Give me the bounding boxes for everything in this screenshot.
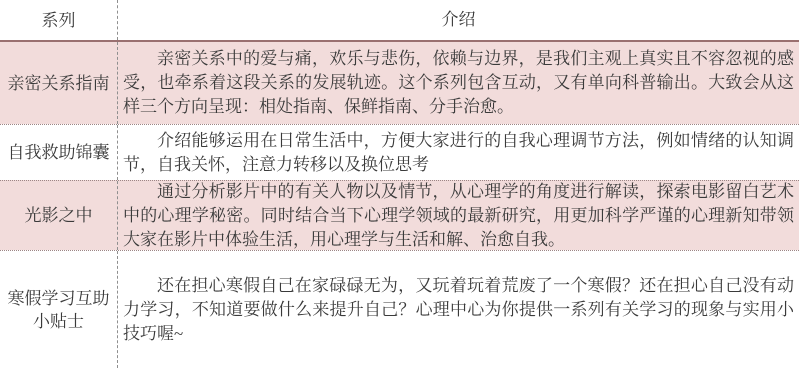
table-row-self-help-kit: 自我救助锦囊 介绍能够运用在日常生活中，方便大家进行的自我心理调节方法，例如情绪… <box>0 124 799 180</box>
intro-cell: 介绍能够运用在日常生活中，方便大家进行的自我心理调节方法，例如情绪的认知调节，自… <box>118 125 799 180</box>
intro-cell: 还在担心寒假自己在家碌碌无为，又玩着玩着荒废了一个寒假？还在担心自己没有动力学习… <box>118 251 799 368</box>
series-name: 光影之中 <box>25 204 93 227</box>
table-row-in-light-and-shadow: 光影之中 通过分析影片中的有关人物以及情节，从心理学的角度进行解读，探索电影留白… <box>0 180 799 250</box>
intro-text: 通过分析影片中的有关人物以及情节，从心理学的角度进行解读，探索电影留白艺术中的心… <box>123 180 794 252</box>
series-cell: 自我救助锦囊 <box>0 125 118 180</box>
table-row-intimate-relations-guide: 亲密关系指南 亲密关系中的爱与痛，欢乐与悲伤，依赖与边界，是我们主观上真实且不容… <box>0 42 799 124</box>
header-intro-label: 介绍 <box>123 8 794 32</box>
table-row-winter-study-tips: 寒假学习互助小贴士 还在担心寒假自己在家碌碌无为，又玩着玩着荒废了一个寒假？还在… <box>0 250 799 368</box>
intro-text: 介绍能够运用在日常生活中，方便大家进行的自我心理调节方法，例如情绪的认知调节，自… <box>123 129 794 177</box>
header-cell-intro: 介绍 <box>118 0 799 40</box>
header-cell-series: 系列 <box>0 0 118 40</box>
series-cell: 光影之中 <box>0 181 118 250</box>
series-name: 亲密关系指南 <box>8 72 110 95</box>
series-name: 寒假学习互助小贴士 <box>4 287 113 333</box>
intro-cell: 亲密关系中的爱与痛，欢乐与悲伤，依赖与边界，是我们主观上真实且不容忽视的感受，也… <box>118 42 799 124</box>
intro-cell: 通过分析影片中的有关人物以及情节，从心理学的角度进行解读，探索电影留白艺术中的心… <box>118 181 799 250</box>
series-introduction-table: 系列 介绍 亲密关系指南 亲密关系中的爱与痛，欢乐与悲伤，依赖与边界，是我们主观… <box>0 0 799 368</box>
intro-text: 亲密关系中的爱与痛，欢乐与悲伤，依赖与边界，是我们主观上真实且不容忽视的感受，也… <box>123 47 794 119</box>
series-cell: 亲密关系指南 <box>0 42 118 124</box>
series-cell: 寒假学习互助小贴士 <box>0 251 118 368</box>
table-header-row: 系列 介绍 <box>0 0 799 42</box>
intro-text: 还在担心寒假自己在家碌碌无为，又玩着玩着荒废了一个寒假？还在担心自己没有动力学习… <box>123 274 794 346</box>
series-name: 自我救助锦囊 <box>8 141 110 164</box>
header-series-label: 系列 <box>42 9 76 32</box>
